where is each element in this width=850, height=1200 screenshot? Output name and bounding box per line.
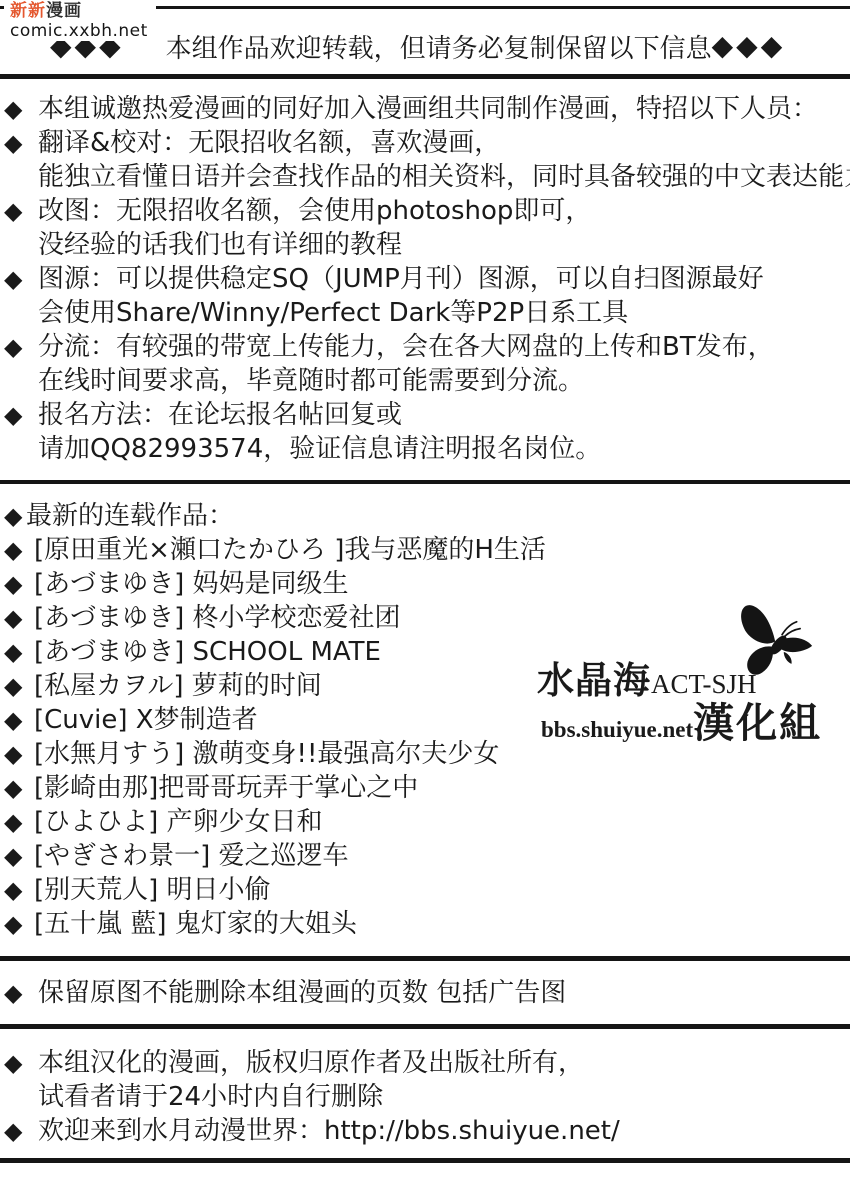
- work-title: [水無月すう] 激萌变身!!最强高尔夫少女: [34, 739, 499, 769]
- works-heading-text: 最新的连载作品：: [26, 501, 234, 531]
- work-title: [私屋カヲル] 萝莉的时间: [34, 671, 322, 701]
- line-text: 改图：无限招收名额，会使用photoshop即可，: [38, 196, 591, 226]
- section-divider-rule-2: [0, 956, 850, 961]
- work-item-line: ◆ [五十嵐 藍] 鬼灯家的大姐头: [0, 907, 850, 941]
- work-title: [五十嵐 藍] 鬼灯家的大姐头: [34, 909, 357, 939]
- recruitment-section: ◆ 本组诚邀热爱漫画的同好加入漫画组共同制作漫画，特招以下人员： ◆ 翻译&校对…: [0, 92, 850, 466]
- diamond-bullet-icon: ◆: [4, 92, 22, 126]
- header-title: 本组作品欢迎转载，但请务必复制保留以下信息: [166, 28, 712, 65]
- section-divider-rule-1: [0, 480, 850, 484]
- diamond-bullet-icon: ◆: [4, 976, 22, 1010]
- footer-line: ◆ 本组汉化的漫画，版权归原作者及出版社所有，: [0, 1046, 850, 1080]
- recruitment-line: 没经验的话我们也有详细的教程: [0, 228, 850, 262]
- site-watermark: 新新漫画 comic.xxbh.net: [4, 0, 156, 41]
- work-title: [影崎由那]把哥哥玩弄于掌心之中: [34, 773, 418, 803]
- diamond-bullet-icon: ◆: [4, 601, 22, 635]
- line-text: 在线时间要求高，毕竟随时都可能需要到分流。: [38, 366, 584, 396]
- footer-text: 欢迎来到水月动漫世界：http://bbs.shuiyue.net/: [38, 1116, 620, 1146]
- work-item-line: ◆ [别天荒人] 明日小偷: [0, 873, 850, 907]
- line-text: 图源：可以提供稳定SQ（JUMP月刊）图源，可以自扫图源最好: [38, 264, 764, 294]
- group-suffix: 漢化組: [693, 699, 822, 747]
- work-title: [别天荒人] 明日小偷: [34, 875, 271, 905]
- work-title: [やぎさわ景一] 爱之巡逻车: [34, 841, 349, 871]
- work-title: [あづまゆき] SCHOOL MATE: [34, 637, 381, 667]
- work-item-line: ◆ [影崎由那]把哥哥玩弄于掌心之中: [0, 771, 850, 805]
- works-heading-line: ◆ 最新的连载作品：: [0, 499, 850, 533]
- bottom-rule: [0, 1158, 850, 1163]
- recruitment-line: ◆ 图源：可以提供稳定SQ（JUMP月刊）图源，可以自扫图源最好: [0, 262, 850, 296]
- diamond-bullet-icon: ◆: [4, 262, 22, 296]
- diamond-bullet-icon: ◆: [4, 126, 22, 160]
- diamond-bullet-icon: ◆: [4, 533, 22, 567]
- footer-line: ◆ 欢迎来到水月动漫世界：http://bbs.shuiyue.net/: [0, 1114, 850, 1148]
- diamond-bullet-icon: ◆: [4, 839, 22, 873]
- recruitment-line: ◆ 改图：无限招收名额，会使用photoshop即可，: [0, 194, 850, 228]
- recruitment-line: 会使用Share/Winny/Perfect Dark等P2P日系工具: [0, 296, 850, 330]
- watermark-brand: 新新漫画: [10, 2, 148, 22]
- watermark-url: comic.xxbh.net: [10, 22, 148, 42]
- diamond-bullet-icon: ◆: [4, 907, 22, 941]
- diamond-bullet-icon: ◆: [4, 703, 22, 737]
- notice-line: ◆ 保留原图不能删除本组漫画的页数 包括广告图: [0, 976, 850, 1010]
- work-item-line: ◆ [あづまゆき] 妈妈是同级生: [0, 567, 850, 601]
- watermark-brand-orange: 新新: [10, 1, 46, 21]
- keep-pages-notice-section: ◆ 保留原图不能删除本组漫画的页数 包括广告图: [0, 976, 850, 1010]
- line-text: 会使用Share/Winny/Perfect Dark等P2P日系工具: [38, 298, 628, 328]
- work-title: [あづまゆき] 柊小学校恋爱社团: [34, 603, 401, 633]
- recruitment-line: 能独立看懂日语并会查找作品的相关资料，同时具备较强的中文表达能力。: [0, 160, 850, 194]
- notice-text: 保留原图不能删除本组漫画的页数 包括广告图: [38, 978, 566, 1008]
- copyright-footer-section: ◆ 本组汉化的漫画，版权归原作者及出版社所有， 试看者请于24小时内自行删除 ◆…: [0, 1046, 850, 1148]
- diamond-bullet-icon: ◆: [4, 330, 22, 364]
- section-divider-rule-3: [0, 1024, 850, 1029]
- diamond-bullet-icon: ◆: [4, 398, 22, 432]
- diamond-bullet-icon: ◆: [4, 567, 22, 601]
- recruitment-line: ◆ 报名方法：在论坛报名帖回复或: [0, 398, 850, 432]
- work-title: [ひよひよ] 产卵少女日和: [34, 807, 323, 837]
- footer-line: 试看者请于24小时内自行删除: [0, 1080, 850, 1114]
- line-text: 分流：有较强的带宽上传能力，会在各大网盘的上传和BT发布，: [38, 332, 774, 362]
- header-bottom-rule: [0, 74, 850, 79]
- recruitment-line: 在线时间要求高，毕竟随时都可能需要到分流。: [0, 364, 850, 398]
- work-item-line: ◆ [原田重光×瀬口たかひろ ]我与恶魔的H生活: [0, 533, 850, 567]
- work-title: [Cuvie] X梦制造者: [34, 705, 258, 735]
- line-text: 翻译&校对：无限招收名额，喜欢漫画，: [38, 128, 500, 158]
- footer-text: 试看者请于24小时内自行删除: [38, 1082, 383, 1112]
- line-text: 能独立看懂日语并会查找作品的相关资料，同时具备较强的中文表达能力。: [38, 162, 850, 192]
- logo-url-row: bbs.shuiyue.net漢化組: [541, 690, 822, 749]
- footer-text: 本组汉化的漫画，版权归原作者及出版社所有，: [38, 1048, 584, 1078]
- work-title: [原田重光×瀬口たかひろ ]我与恶魔的H生活: [34, 535, 546, 565]
- scanlation-group-logo: 水晶海ACT-SJH bbs.shuiyue.net漢化組: [533, 600, 823, 745]
- diamond-bullet-icon: ◆: [4, 499, 22, 533]
- recruitment-line: ◆ 分流：有较强的带宽上传能力，会在各大网盘的上传和BT发布，: [0, 330, 850, 364]
- diamond-bullet-icon: ◆: [4, 805, 22, 839]
- recruitment-line: ◆ 翻译&校对：无限招收名额，喜欢漫画，: [0, 126, 850, 160]
- recruitment-line: ◆ 本组诚邀热爱漫画的同好加入漫画组共同制作漫画，特招以下人员：: [0, 92, 850, 126]
- recruitment-line: 请加QQ82993574，验证信息请注明报名岗位。: [0, 432, 850, 466]
- line-text: 没经验的话我们也有详细的教程: [38, 230, 402, 260]
- work-item-line: ◆ [やぎさわ景一] 爱之巡逻车: [0, 839, 850, 873]
- diamond-bullet-icon: ◆: [4, 771, 22, 805]
- diamond-bullet-icon: ◆: [4, 1046, 22, 1080]
- diamond-bullet-icon: ◆: [4, 737, 22, 771]
- work-title: [あづまゆき] 妈妈是同级生: [34, 569, 349, 599]
- work-item-line: ◆ [ひよひよ] 产卵少女日和: [0, 805, 850, 839]
- diamond-bullet-icon: ◆: [4, 669, 22, 703]
- group-url: bbs.shuiyue.net: [541, 717, 693, 742]
- line-text: 请加QQ82993574，验证信息请注明报名岗位。: [38, 434, 601, 464]
- line-text: 本组诚邀热爱漫画的同好加入漫画组共同制作漫画，特招以下人员：: [38, 94, 818, 124]
- line-text: 报名方法：在论坛报名帖回复或: [38, 400, 402, 430]
- diamonds-right-icon: ◆◆◆: [712, 32, 786, 60]
- diamond-bullet-icon: ◆: [4, 635, 22, 669]
- diamond-bullet-icon: ◆: [4, 194, 22, 228]
- diamond-bullet-icon: ◆: [4, 1114, 22, 1148]
- watermark-brand-black: 漫画: [46, 1, 82, 21]
- diamond-bullet-icon: ◆: [4, 873, 22, 907]
